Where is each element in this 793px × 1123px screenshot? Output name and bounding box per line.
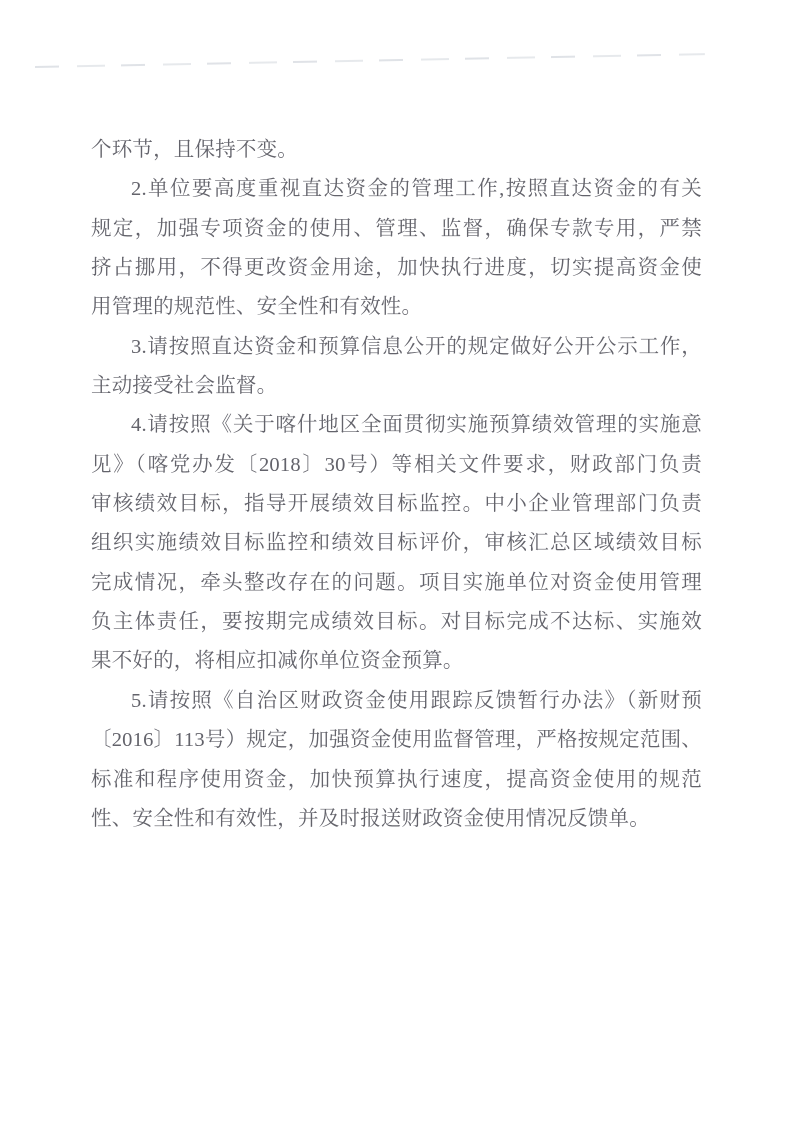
text-line: 组织实施绩效目标监控和绩效目标评价，审核汇总区域绩效目标 [91,524,702,563]
scan-artifact-line [35,53,705,68]
text-line: 完成情况，牵头整改存在的问题。项目实施单位对资金使用管理 [91,564,702,603]
text-line: 2.单位要高度重视直达资金的管理工作,按照直达资金的有关 [91,170,702,209]
text-line: 个环节，且保持不变。 [91,131,702,170]
text-line: 主动接受社会监督。 [91,367,702,406]
text-line: 规定，加强专项资金的使用、管理、监督，确保专款专用，严禁 [91,210,702,249]
text-line: 挤占挪用，不得更改资金用途，加快执行进度，切实提高资金使 [91,249,702,288]
text-line: 5.请按照《自治区财政资金使用跟踪反馈暂行办法》（新财预 [91,682,702,721]
text-line: 负主体责任，要按期完成绩效目标。对目标完成不达标、实施效 [91,603,702,642]
text-line: 审核绩效目标，指导开展绩效目标监控。中小企业管理部门负责 [91,485,702,524]
document-body: 个环节，且保持不变。2.单位要高度重视直达资金的管理工作,按照直达资金的有关规定… [91,131,702,839]
text-line: 4.请按照《关于喀什地区全面贯彻实施预算绩效管理的实施意 [91,406,702,445]
text-line: 〔2016〕113号）规定，加强资金使用监督管理，严格按规定范围、 [91,721,702,760]
text-line: 性、安全性和有效性，并及时报送财政资金使用情况反馈单。 [91,800,702,839]
text-line: 用管理的规范性、安全性和有效性。 [91,288,702,327]
text-line: 果不好的，将相应扣减你单位资金预算。 [91,642,702,681]
text-line: 标准和程序使用资金，加快预算执行速度，提高资金使用的规范 [91,761,702,800]
text-line: 3.请按照直达资金和预算信息公开的规定做好公开公示工作， [91,328,702,367]
text-line: 见》（喀党办发〔2018〕30号）等相关文件要求，财政部门负责 [91,446,702,485]
document-page: 个环节，且保持不变。2.单位要高度重视直达资金的管理工作,按照直达资金的有关规定… [0,0,793,1123]
